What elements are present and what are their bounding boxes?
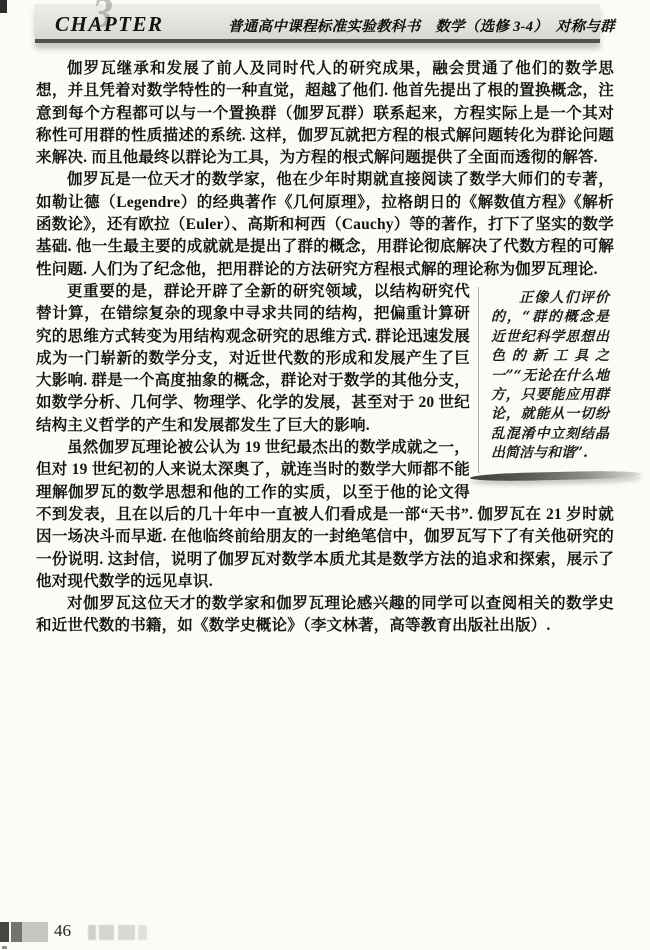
side-note: 正像人们评价的，“群的概念是近世纪科学思想出色的新工具之一”“无论在什么地方，只…	[470, 281, 614, 501]
footer-print-block-mid	[11, 922, 22, 942]
footer-print-block-light	[22, 922, 48, 942]
showthrough-mark	[118, 925, 135, 940]
showthrough-mark	[88, 925, 96, 940]
side-note-text: 正像人们评价的，“群的概念是近世纪科学思想出色的新工具之一”“无论在什么地方，只…	[479, 287, 609, 464]
paragraph-galois-achievements: 伽罗瓦继承和发展了前人及同时代人的研究成果，融会贯通了他们的数学思想，并且凭着对…	[36, 58, 614, 169]
page-number: 46	[54, 921, 71, 941]
article-body: 伽罗瓦继承和发展了前人及同时代人的研究成果，融会贯通了他们的数学思想，并且凭着对…	[36, 58, 614, 638]
showthrough-mark	[138, 925, 147, 940]
paragraph-galois-genius: 伽罗瓦是一位天才的数学家，他在少年时期就直接阅读了数学大师们的专著，如勒让德（L…	[36, 169, 614, 280]
chapter-label: CHAPTER	[55, 12, 164, 37]
page-corner-print-mark	[0, 0, 7, 13]
side-note-box: 正像人们评价的，“群的概念是近世纪科学思想出色的新工具之一”“无论在什么地方，只…	[478, 287, 648, 473]
showthrough-mark	[99, 925, 114, 940]
running-head-title: 普通高中课程标准实验教科书 数学（选修 3-4） 对称与群	[228, 15, 615, 36]
footer-showthrough-marks	[88, 925, 158, 941]
footer-edge-speck	[2, 946, 7, 949]
paragraph-further-reading: 对伽罗瓦这位天才的数学家和伽罗瓦理论感兴趣的同学可以查阅相关的数学史和近世代数的…	[36, 593, 614, 638]
side-note-shadow	[470, 470, 642, 482]
textbook-page: { "page": { "background": "#fcfbf8" }, "…	[0, 0, 650, 950]
footer-print-block-dark	[0, 922, 9, 942]
